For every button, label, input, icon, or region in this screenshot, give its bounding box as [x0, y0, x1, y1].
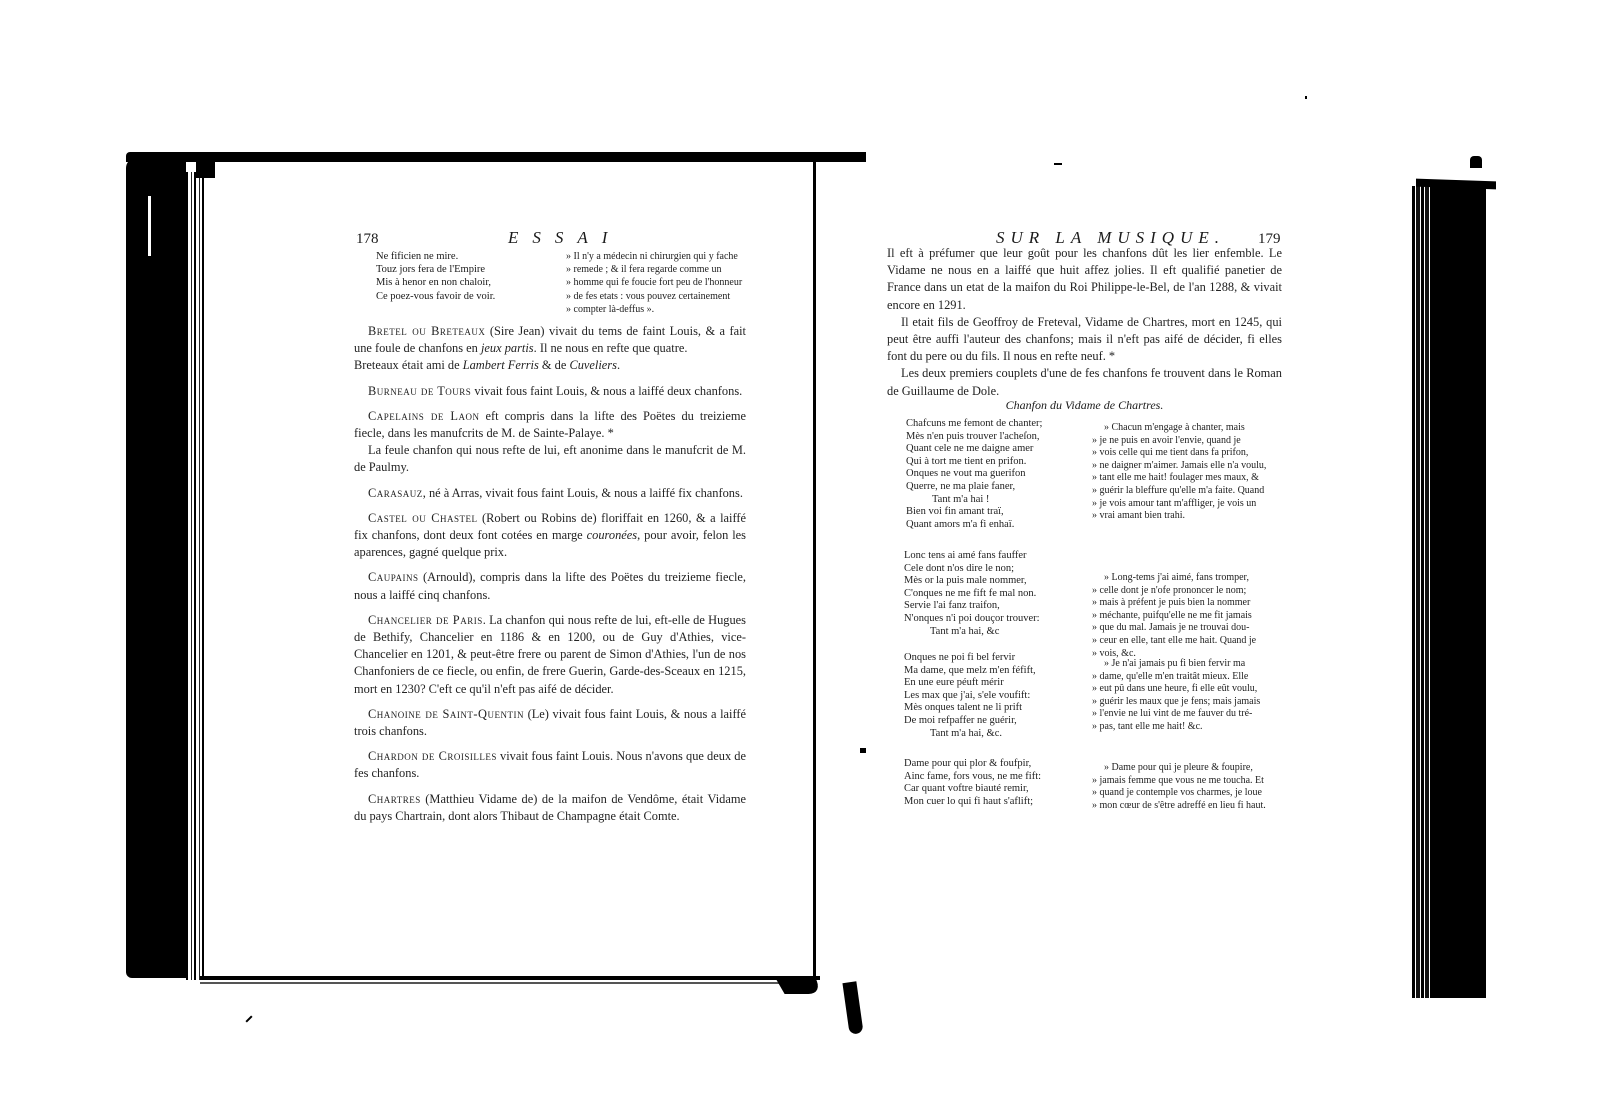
gutter-shadow [775, 978, 824, 994]
translation-line: » dame, qu'elle m'en traitât mieux. Elle [1092, 671, 1260, 684]
verse-line: Mis à henor en non chaloir, [376, 276, 495, 289]
scan-mark [1305, 96, 1307, 99]
translation-line: » vrai amant bien trahi. [1092, 510, 1266, 523]
paragraphs-right: Il eft à préfumer que leur goût pour les… [887, 245, 1282, 408]
verse-line: Mès or la puis male nommer, [904, 575, 1040, 588]
stanza-old-2: Lonc tens ai amé fans fauffer Cele dont … [904, 550, 1040, 638]
verse-line: Dame pour qui plor & foufpir, [904, 758, 1041, 771]
verse-line: C'onques ne me fift fe mal non. [904, 588, 1040, 601]
verse-line: Onques ne vout ma guerifon [906, 468, 1042, 481]
entry-bretel: Bretel ou Breteaux (Sire Jean) vivait du… [354, 323, 746, 375]
entry-chartres: Chartres (Matthieu Vidame de) de la maif… [354, 791, 746, 825]
scan-mark [245, 1015, 252, 1022]
translation-line: » compter là-deffus ». [566, 303, 748, 316]
refrain-line: Tant m'a hai, &c. [904, 728, 1036, 741]
entries-left: Bretel ou Breteaux (Sire Jean) vivait du… [354, 323, 746, 833]
entry-burneau: Burneau de Tours vivait fous faint Louis… [354, 383, 746, 400]
running-head-left: ESSAI [508, 228, 621, 248]
verse-translation-left: » Il n'y a médecin ni chirurgien qui y f… [566, 250, 748, 316]
translation-line: » de fes etats : vous pouvez certainemen… [566, 290, 748, 303]
paragraph: Les deux premiers couplets d'une de fes … [887, 365, 1282, 399]
translation-line: » ne daigner m'aimer. Jamais elle n'a vo… [1092, 460, 1266, 473]
gutter-shadow-curve [842, 981, 863, 1034]
paragraph: Il eft à préfumer que leur goût pour les… [887, 245, 1282, 314]
translation-line: » Dame pour qui je pleure & foupire, [1092, 762, 1266, 775]
verse-line: De moi refpaffer ne guérir, [904, 715, 1036, 728]
edge-tab [1470, 156, 1482, 168]
page-stack-left [186, 172, 206, 980]
verse-line: Car quant voftre biauté remir, [904, 783, 1041, 796]
translation-line: » jamais femme que vous ne me toucha. Et [1092, 775, 1266, 788]
scan-mark [1054, 163, 1062, 165]
verse-block-left: Ne fificien ne mire. Touz jors fera de l… [376, 250, 495, 303]
paragraph: Il etait fils de Geoffroy de Freteval, V… [887, 314, 1282, 366]
translation-line: » que du mal. Jamais je ne trouvai dou- [1092, 622, 1256, 635]
translation-line: » l'envie ne lui vint de me fauver du tr… [1092, 708, 1260, 721]
translation-line: » vois celle qui me tient dans fa prifon… [1092, 447, 1266, 460]
gutter-top [820, 158, 860, 161]
refrain-line: Tant m'a hai, &c [904, 626, 1040, 639]
translation-line: » pas, tant elle me hait! &c. [1092, 721, 1260, 734]
translation-line: » Long-tems j'ai aimé, fans tromper, [1092, 572, 1256, 585]
scan-mark [860, 748, 866, 753]
translation-line: » mon cœur de s'être adreffé en lieu fi … [1092, 800, 1266, 813]
translation-line: » guérir les maux que je fens; mais jama… [1092, 696, 1260, 709]
book-top-edge [126, 152, 866, 162]
entry-castel: Castel ou Chastel (Robert ou Robins de) … [354, 510, 746, 562]
verse-line: Quant amors m'a fi enhaï. [906, 519, 1042, 532]
verse-line: Ainc fame, fors vous, ne me fift: [904, 771, 1041, 784]
translation-line: » je ne puis en avoir l'envie, quand je [1092, 435, 1266, 448]
stanza-translation-1: » Chacun m'engage à chanter, mais » je n… [1092, 422, 1266, 523]
verse-line: Les max que j'ai, s'ele voufift: [904, 690, 1036, 703]
translation-line: » homme qui fe foucie fort peu de l'honn… [566, 276, 748, 289]
verse-line: Quant cele ne me daigne amer [906, 443, 1042, 456]
translation-line: » eut pû dans une heure, fi elle eût vou… [1092, 683, 1260, 696]
entry-chardon: Chardon de Croisilles vivait fous faint … [354, 748, 746, 782]
entry-carasauz: Carasauz, né à Arras, vivait fous faint … [354, 485, 746, 502]
page-number-left: 178 [356, 231, 379, 248]
stanza-translation-2: » Long-tems j'ai aimé, fans tromper, » c… [1092, 572, 1256, 660]
verse-line: Qui à tort me tient en prifon. [906, 456, 1042, 469]
stanza-translation-4: » Dame pour qui je pleure & foupire, » j… [1092, 762, 1266, 812]
entry-capelains: Capelains de Laon eft compris dans la li… [354, 408, 746, 442]
book-left-edge [126, 158, 186, 978]
translation-line: » Je n'ai jamais pu fi bien fervir ma [1092, 658, 1260, 671]
verse-line: Bien voi fin amant traï, [906, 506, 1042, 519]
book-right-edge [1430, 186, 1486, 998]
book-bottom-edge-shadow [200, 982, 800, 984]
stanza-old-4: Dame pour qui plor & foufpir, Ainc fame,… [904, 758, 1041, 808]
verse-line: N'onques n'i poi douçor trouver: [904, 613, 1040, 626]
verse-line: Mon cuer lo qui fi haut s'aflift; [904, 796, 1041, 809]
translation-line: » je vois amour tant m'affliger, je vois… [1092, 498, 1266, 511]
translation-line: » ceur en elle, tant elle me hait. Quand… [1092, 635, 1256, 648]
verse-line: En une eure péuft mérir [904, 677, 1036, 690]
verse-line: Querre, ne ma plaie faner, [906, 481, 1042, 494]
translation-line: » méchante, puifqu'elle ne me fit jamais [1092, 610, 1256, 623]
verse-line: Lonc tens ai amé fans fauffer [904, 550, 1040, 563]
stanza-old-3: Onques ne poi fi bel fervir Ma dame, que… [904, 652, 1036, 740]
stanza-old-1: Chafcuns me femont de chanter; Mès n'en … [906, 418, 1042, 531]
book-bottom-edge [200, 976, 820, 980]
verse-line: Mès n'en puis trouver l'acheſon, [906, 431, 1042, 444]
entry-capelains-cont: La feule chanfon qui nous refte de lui, … [354, 442, 746, 476]
entry-chanoine: Chanoine de Saint-Quentin (Le) vivait fo… [354, 706, 746, 740]
refrain-line: Tant m'a hai ! [906, 494, 1042, 507]
verse-line: Ce poez-vous favoir de voir. [376, 290, 495, 303]
verse-line: Servie l'ai fanz traifon, [904, 600, 1040, 613]
song-title: Chanfon du Vidame de Chartres. [887, 398, 1282, 413]
entry-chancelier: Chancelier de Paris. La chanfon qui nous… [354, 612, 746, 698]
translation-line: » mais à préfent je puis bien la nommer [1092, 597, 1256, 610]
entry-caupains: Caupains (Arnould), compris dans la lift… [354, 569, 746, 603]
translation-line: » celle dont je n'ofe prononcer le nom; [1092, 585, 1256, 598]
translation-line: » guérir la bleffure qu'elle m'a faite. … [1092, 485, 1266, 498]
translation-line: » Il n'y a médecin ni chirurgien qui y f… [566, 250, 748, 263]
verse-line: Mès onques talent ne li prift [904, 702, 1036, 715]
page-stack-right [1412, 186, 1430, 998]
translation-line: » tant elle me hait! foulager mes maux, … [1092, 472, 1266, 485]
translation-line: » quand je contemple vos charmes, je lou… [1092, 787, 1266, 800]
stanza-translation-3: » Je n'ai jamais pu fi bien fervir ma » … [1092, 658, 1260, 734]
verse-line: Onques ne poi fi bel fervir [904, 652, 1036, 665]
translation-line: » remede ; & il fera regarde comme un [566, 263, 748, 276]
translation-line: » Chacun m'engage à chanter, mais [1092, 422, 1266, 435]
verse-line: Ne fificien ne mire. [376, 250, 495, 263]
verse-line: Touz jors fera de l'Empire [376, 263, 495, 276]
edge-highlight [148, 196, 151, 256]
verse-line: Chafcuns me femont de chanter; [906, 418, 1042, 431]
verse-line: Ma dame, que melz m'en féfift, [904, 665, 1036, 678]
verse-line: Cele dont n'os dire le non; [904, 563, 1040, 576]
